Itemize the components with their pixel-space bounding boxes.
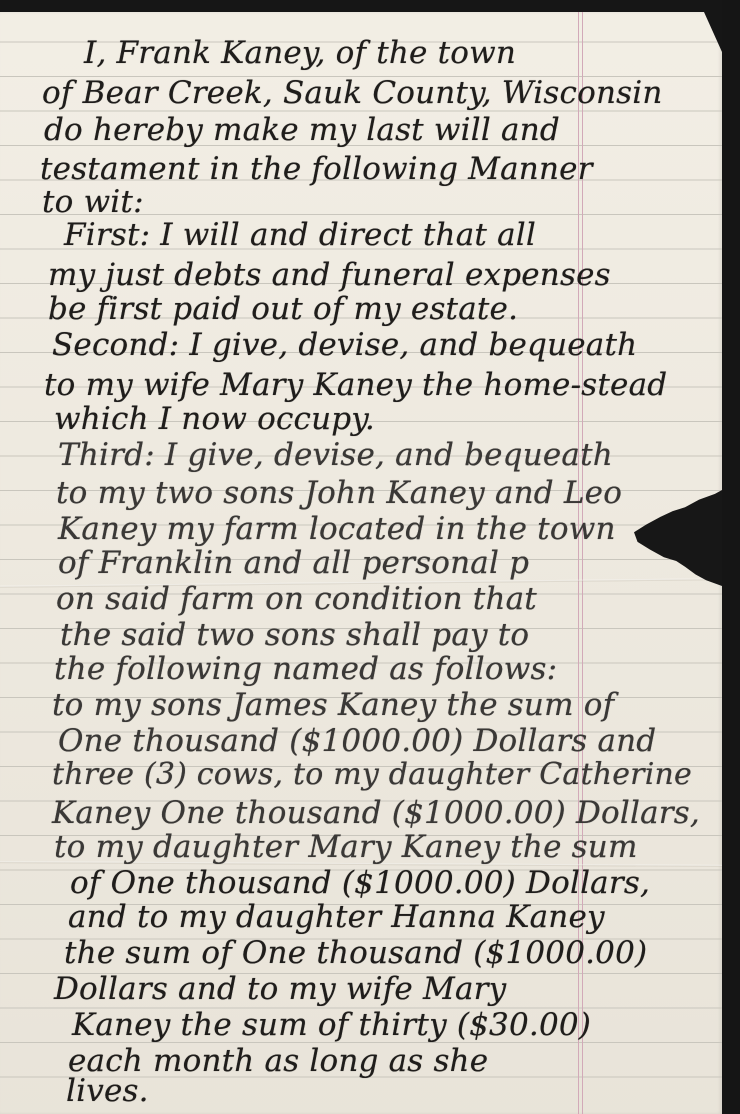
- handwriting-line: to my daughter Mary Kaney the sum: [54, 830, 638, 864]
- handwriting-line: of Franklin and all personal p: [58, 546, 529, 580]
- handwriting-line: of Bear Creek, Sauk County, Wisconsin: [42, 76, 663, 110]
- handwriting-line: to wit:: [42, 185, 144, 219]
- handwriting-line: three (3) cows, to my daughter Catherine: [52, 758, 692, 792]
- handwriting-line: Dollars and to my wife Mary: [54, 972, 506, 1006]
- handwriting-line: which I now occupy.: [54, 402, 375, 436]
- scanned-document: I, Frank Kaney, of the town of Bear Cree…: [0, 0, 740, 1114]
- handwriting-line: Kaney my farm located in the town: [58, 512, 616, 546]
- handwriting-line: the sum of One thousand ($1000.00): [64, 936, 647, 970]
- handwriting-line: to my wife Mary Kaney the home-stead: [44, 368, 667, 402]
- handwriting-line: Second: I give, devise, and bequeath: [52, 328, 637, 362]
- scan-background-edge: [722, 0, 740, 1114]
- handwriting-line: Kaney the sum of thirty ($30.00): [72, 1008, 591, 1042]
- handwriting-line: of One thousand ($1000.00) Dollars,: [70, 866, 650, 900]
- handwriting-line: be first paid out of my estate.: [48, 292, 518, 326]
- handwriting-line: I, Frank Kaney, of the town: [84, 36, 516, 70]
- handwriting-line: do hereby make my last will and: [44, 113, 560, 147]
- handwritten-text: I, Frank Kaney, of the town of Bear Cree…: [0, 12, 722, 1114]
- handwriting-line: testament in the following Manner: [40, 152, 593, 186]
- handwriting-line: lives.: [66, 1074, 149, 1108]
- handwriting-line: One thousand ($1000.00) Dollars and: [58, 724, 656, 758]
- handwriting-line: to my sons James Kaney the sum of: [52, 688, 614, 722]
- handwriting-line: the following named as follows:: [54, 652, 557, 686]
- handwriting-line: Third: I give, devise, and bequeath: [58, 438, 613, 472]
- handwriting-line: and to my daughter Hanna Kaney: [68, 900, 605, 934]
- handwriting-line: the said two sons shall pay to: [60, 618, 529, 652]
- lined-paper-page: I, Frank Kaney, of the town of Bear Cree…: [0, 12, 722, 1114]
- handwriting-line: my just debts and funeral expenses: [48, 258, 611, 292]
- handwriting-line: on said farm on condition that: [56, 582, 537, 616]
- handwriting-line: to my two sons John Kaney and Leo: [56, 476, 622, 510]
- handwriting-line: First: I will and direct that all: [64, 218, 536, 252]
- handwriting-line: Kaney One thousand ($1000.00) Dollars,: [52, 796, 700, 830]
